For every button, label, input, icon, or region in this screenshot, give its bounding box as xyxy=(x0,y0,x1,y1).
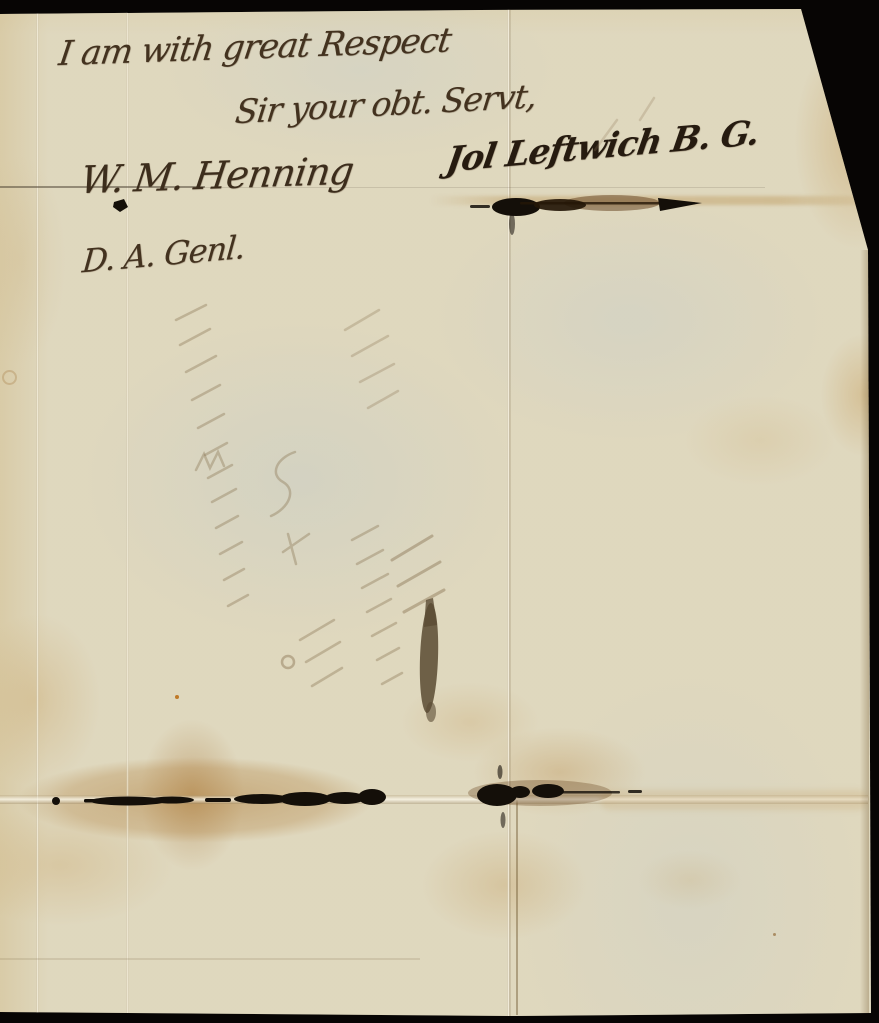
handwritten-signature: Jol Leftwich B. G. xyxy=(444,113,762,181)
ink-smudge-feather xyxy=(418,598,440,722)
vertical-crease-mid-left xyxy=(126,0,129,1023)
small-ring-stain xyxy=(2,370,17,385)
paper-sheet: I am with great Respect Sir your obt. Se… xyxy=(0,0,879,1023)
orange-speck xyxy=(175,695,179,699)
vertical-crease-center-bottom xyxy=(516,800,518,1015)
right-edge-shadow xyxy=(860,250,869,1015)
handwritten-closing-line-1: I am with great Respect xyxy=(56,20,453,74)
horizontal-crease-bottom xyxy=(0,958,420,960)
handwritten-closing-line-2: Sir your obt. Servt, xyxy=(233,76,538,131)
handwritten-recipient-name: W. M. Henning xyxy=(78,149,356,203)
upper-fold-stain-band xyxy=(430,196,868,205)
scanned-letter-page: I am with great Respect Sir your obt. Se… xyxy=(0,0,879,1023)
vertical-crease-left xyxy=(36,0,39,1023)
lower-fold-stain-band xyxy=(600,790,868,810)
brown-speck xyxy=(773,933,776,936)
handwritten-recipient-title: D. A. Genl. xyxy=(81,228,247,281)
